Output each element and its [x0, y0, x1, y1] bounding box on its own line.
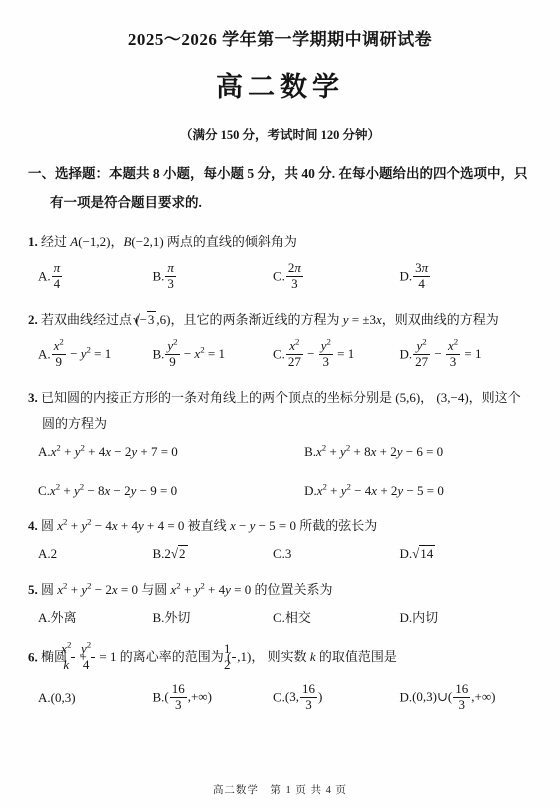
fraction: 163: [170, 682, 187, 713]
option-text: 3π4: [412, 268, 431, 283]
question-text: 圆 x2 + y2 − 2x = 0 与圆 x2 + y2 + 4y = 0 的…: [41, 582, 332, 597]
option: A.π4: [38, 260, 152, 295]
option: A.x2 + y2 + 4x − 2y + 7 = 0: [38, 442, 304, 463]
question-stem: 6. 椭圆 x2k + y24 = 1 的离心率的范围为 (12,1)， 则实数…: [28, 641, 532, 676]
option-text: π3: [164, 268, 177, 283]
option-label: A.: [38, 268, 51, 283]
fraction: 163: [300, 682, 317, 713]
option-text: 外切: [164, 610, 190, 625]
fraction: x23: [446, 339, 460, 370]
fraction: x29: [52, 339, 66, 370]
question-stem: 5. 圆 x2 + y2 − 2x = 0 与圆 x2 + y2 + 4y = …: [28, 577, 532, 603]
option-label: D.: [399, 346, 412, 361]
option-text: π4: [51, 268, 64, 283]
option-label: B.: [152, 546, 164, 561]
exam-page: 2025～2026 学年第一学期期中调研试卷 高二数学 （满分 150 分，考试…: [0, 0, 560, 809]
option-text: y227 − x23 = 1: [412, 346, 481, 361]
fraction: π3: [165, 261, 176, 292]
option-label: A.: [38, 546, 51, 561]
question-stem: 1. 经过 A(−1,2)，B(−2,1) 两点的直线的倾斜角为: [28, 229, 532, 255]
option: D.内切: [399, 608, 532, 629]
option-label: B.: [152, 268, 164, 283]
fraction: y23: [319, 339, 333, 370]
option-text: (0,3)∪(163,+∞): [412, 689, 495, 704]
option-label: B.: [152, 346, 164, 361]
section-heading: 一、选择题：本题共 8 小题，每小题 5 分，共 40 分. 在每小题给出的四个…: [28, 159, 532, 217]
question-text: 已知圆的内接正方形的一条对角线上的两个顶点的坐标分别是 (5,6)， (3,−4…: [41, 390, 521, 431]
option-label: D.: [399, 689, 412, 704]
options-row: A.x29 − y2 = 1B.y29 − x2 = 1C.x227 − y23…: [28, 338, 532, 373]
question-number: 5.: [28, 582, 38, 597]
option: D.3π4: [399, 260, 532, 295]
option-label: D.: [304, 483, 317, 498]
option: A.外离: [38, 608, 152, 629]
sqrt: √3: [147, 312, 157, 327]
option: C.相交: [273, 608, 400, 629]
option-text: 3: [285, 546, 292, 561]
exam-meta: （满分 150 分，考试时间 120 分钟）: [28, 125, 532, 143]
question-stem: 2. 若双曲线经过点 (−√3,6)，且它的两条渐近线的方程为 y = ±3x，…: [28, 307, 532, 333]
fraction: x227: [286, 339, 303, 370]
option-text: x2 + y2 + 4x − 2y + 7 = 0: [51, 444, 178, 459]
question-number: 2.: [28, 312, 38, 327]
exam-subject: 高二数学: [28, 65, 532, 104]
fraction: y227: [413, 339, 430, 370]
fraction: x2k: [71, 642, 75, 673]
option: A.x29 − y2 = 1: [38, 338, 152, 373]
option-text: x227 − y23 = 1: [285, 346, 354, 361]
option-text: y29 − x2 = 1: [164, 346, 225, 361]
fraction: 12: [232, 642, 236, 673]
option: B.x2 + y2 + 8x + 2y − 6 = 0: [304, 442, 532, 463]
option: D.√14: [399, 544, 532, 565]
question: 3. 已知圆的内接正方形的一条对角线上的两个顶点的坐标分别是 (5,6)， (3…: [28, 385, 532, 502]
option-label: B.: [152, 610, 164, 625]
options-row: A.外离B.外切C.相交D.内切: [28, 608, 532, 629]
fraction: y24: [91, 642, 95, 673]
question-text: 椭圆 x2k + y24 = 1 的离心率的范围为 (12,1)， 则实数 k …: [41, 649, 397, 664]
fraction: 163: [453, 682, 470, 713]
sqrt: √14: [412, 546, 435, 561]
option: B.2√2: [152, 544, 272, 565]
option: C.x227 − y23 = 1: [273, 338, 400, 373]
option-label: D.: [399, 268, 412, 283]
option-label: C.: [38, 483, 50, 498]
option: C.2π3: [273, 260, 400, 295]
option: B.y29 − x2 = 1: [152, 338, 272, 373]
option-text: x2 + y2 + 8x + 2y − 6 = 0: [316, 444, 443, 459]
question-number: 4.: [28, 518, 38, 533]
option: D.x2 + y2 − 4x + 2y − 5 = 0: [304, 481, 532, 502]
option: B.π3: [152, 260, 272, 295]
page-footer: 高二数学 第 1 页 共 4 页: [0, 782, 560, 797]
option: B.外切: [152, 608, 272, 629]
option: D.(0,3)∪(163,+∞): [399, 681, 532, 716]
option-text: (0,3): [51, 690, 76, 705]
option-text: 外离: [51, 610, 77, 625]
option: D.y227 − x23 = 1: [399, 338, 532, 373]
option-label: C.: [273, 546, 285, 561]
option: A.(0,3): [38, 690, 152, 706]
option-text: (163,+∞): [164, 689, 212, 704]
fraction: 3π4: [413, 261, 430, 292]
option-text: 2π3: [285, 268, 304, 283]
question-stem: 4. 圆 x2 + y2 − 4x + 4y + 4 = 0 被直线 x − y…: [28, 513, 532, 539]
options-row: A.2B.2√2C.3D.√14: [28, 544, 532, 565]
option-label: D.: [399, 546, 412, 561]
option-label: A.: [38, 690, 51, 705]
option-text: (3,163): [285, 689, 322, 704]
question: 6. 椭圆 x2k + y24 = 1 的离心率的范围为 (12,1)， 则实数…: [28, 641, 532, 716]
option-text: x29 − y2 = 1: [51, 346, 112, 361]
option-label: B.: [152, 689, 164, 704]
question-number: 6.: [28, 649, 38, 664]
option-text: 2: [51, 546, 58, 561]
question: 1. 经过 A(−1,2)，B(−2,1) 两点的直线的倾斜角为A.π4B.π3…: [28, 229, 532, 295]
question-text: 若双曲线经过点 (−√3,6)，且它的两条渐近线的方程为 y = ±3x，则双曲…: [41, 312, 499, 327]
options-row: A.(0,3)B.(163,+∞)C.(3,163)D.(0,3)∪(163,+…: [28, 681, 532, 716]
option: C.x2 + y2 − 8x − 2y − 9 = 0: [38, 481, 304, 502]
question-stem: 3. 已知圆的内接正方形的一条对角线上的两个顶点的坐标分别是 (5,6)， (3…: [28, 385, 532, 437]
option: C.3: [273, 544, 400, 565]
fraction: y29: [165, 339, 179, 370]
question-number: 3.: [28, 390, 38, 405]
option-label: A.: [38, 610, 51, 625]
option: C.(3,163): [273, 681, 400, 716]
option-label: C.: [273, 610, 285, 625]
option-label: B.: [304, 444, 316, 459]
option-label: C.: [273, 689, 285, 704]
option-text: x2 + y2 − 8x − 2y − 9 = 0: [50, 483, 177, 498]
question-number: 1.: [28, 234, 38, 249]
option-label: C.: [273, 268, 285, 283]
question-text: 圆 x2 + y2 − 4x + 4y + 4 = 0 被直线 x − y − …: [41, 518, 377, 533]
question: 5. 圆 x2 + y2 − 2x = 0 与圆 x2 + y2 + 4y = …: [28, 577, 532, 629]
option-label: A.: [38, 444, 51, 459]
option-text: 相交: [285, 610, 311, 625]
questions: 1. 经过 A(−1,2)，B(−2,1) 两点的直线的倾斜角为A.π4B.π3…: [28, 229, 532, 716]
option: B.(163,+∞): [152, 681, 272, 716]
options-row: A.π4B.π3C.2π3D.3π4: [28, 260, 532, 295]
option: A.2: [38, 544, 152, 565]
option-label: A.: [38, 346, 51, 361]
question-text: 经过 A(−1,2)，B(−2,1) 两点的直线的倾斜角为: [41, 234, 297, 249]
option-text: 2√2: [164, 546, 187, 561]
options-row: A.x2 + y2 + 4x − 2y + 7 = 0B.x2 + y2 + 8…: [28, 442, 532, 502]
option-text: 内切: [412, 610, 438, 625]
exam-title: 2025～2026 学年第一学期期中调研试卷: [28, 25, 532, 50]
fraction: π4: [52, 261, 63, 292]
question: 4. 圆 x2 + y2 − 4x + 4y + 4 = 0 被直线 x − y…: [28, 513, 532, 565]
fraction: 2π3: [286, 261, 303, 292]
option-label: C.: [273, 346, 285, 361]
option-label: D.: [399, 610, 412, 625]
option-text: x2 + y2 − 4x + 2y − 5 = 0: [317, 483, 444, 498]
option-text: √14: [412, 546, 435, 561]
sqrt: √2: [171, 546, 188, 561]
question: 2. 若双曲线经过点 (−√3,6)，且它的两条渐近线的方程为 y = ±3x，…: [28, 307, 532, 373]
